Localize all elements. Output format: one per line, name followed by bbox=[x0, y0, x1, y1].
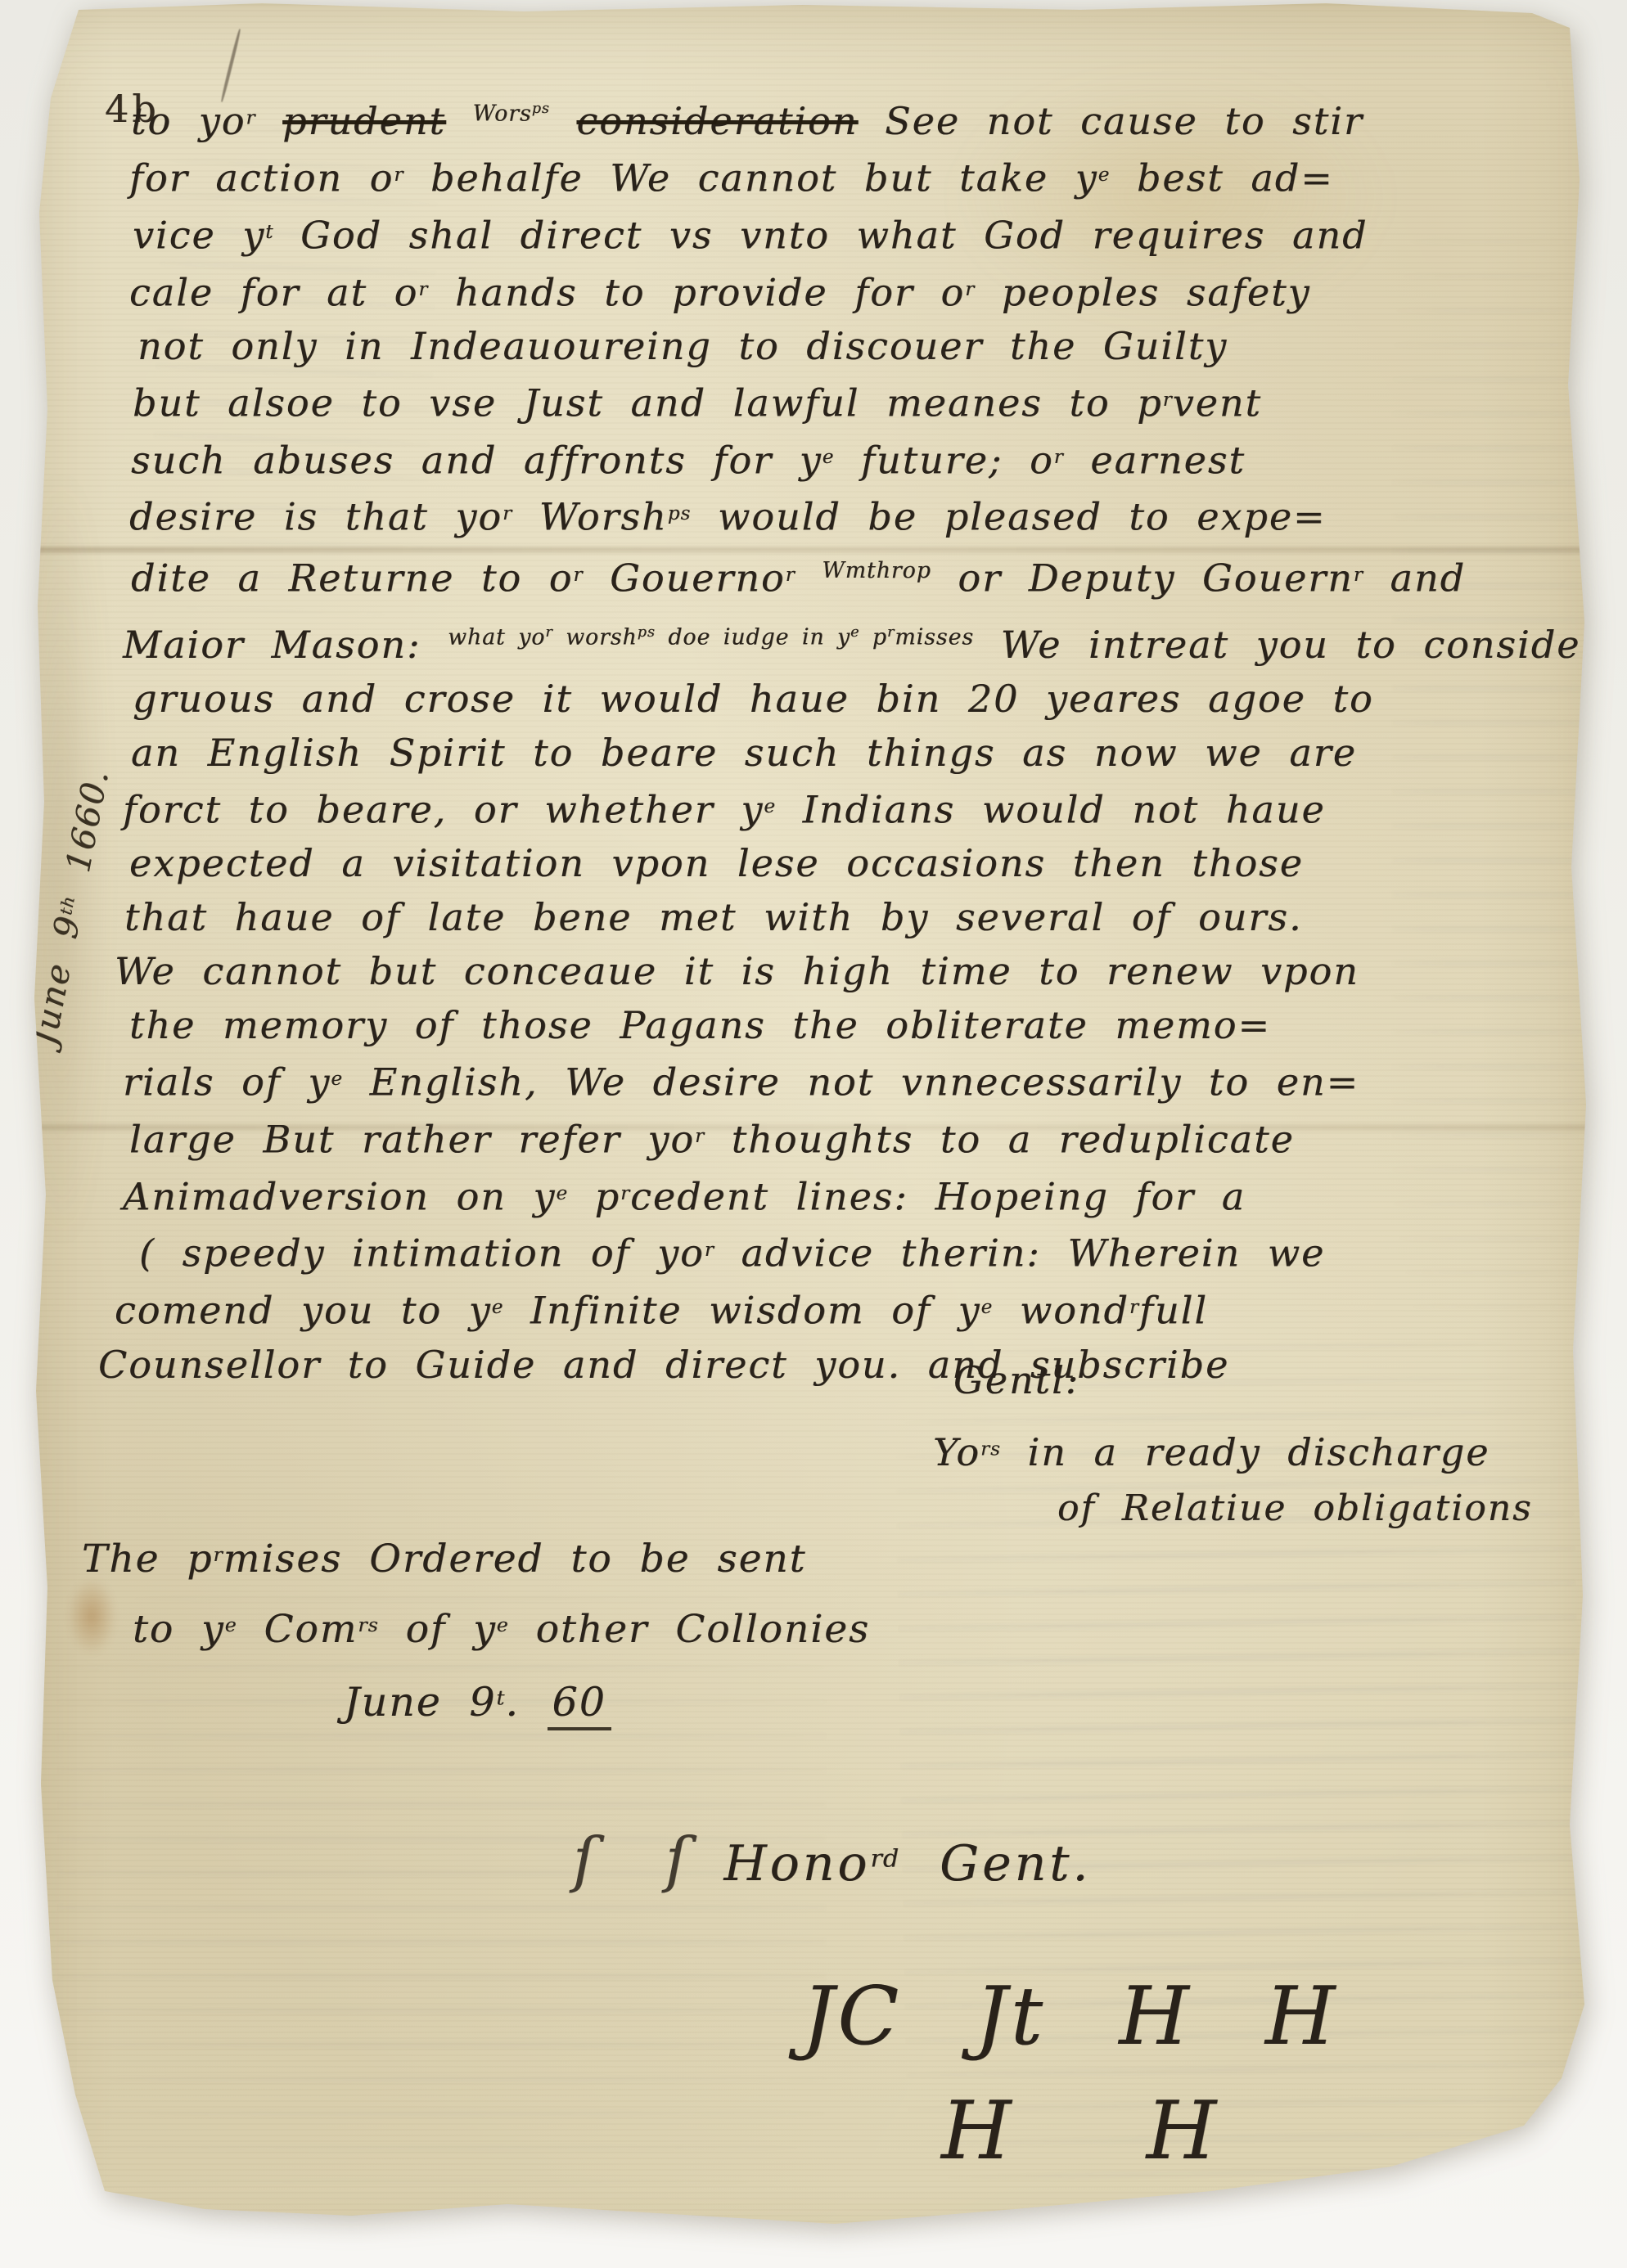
pen-flourish: ſ ſ bbox=[573, 1825, 702, 1895]
text-run: e bbox=[492, 1297, 504, 1318]
manuscript-line: rials of ye English, We desire not vnnec… bbox=[123, 1052, 1563, 1109]
scan-background: 4b June 9th 1660. to yor prudent Worsps … bbox=[0, 0, 1627, 2268]
manuscript-line: We cannot but conceaue it is high time t… bbox=[115, 944, 1563, 998]
manuscript-line: desire is that yor Worshps would be plea… bbox=[129, 487, 1563, 544]
text-run: t bbox=[497, 1686, 506, 1710]
manuscript-line: but alsoe to vse Just and lawful meanes … bbox=[133, 373, 1563, 430]
signature-initials-row: H H bbox=[941, 2085, 1218, 2178]
text-run: God shal direct vs vnto what God require… bbox=[274, 214, 1368, 258]
inserted-word: Wmthrop bbox=[822, 558, 931, 583]
text-run: t bbox=[265, 222, 273, 243]
text-run: advice therin: Wherein we bbox=[714, 1231, 1325, 1276]
inserted-word: misses bbox=[895, 624, 974, 650]
manuscript-line: Maior Mason: what yor worshps doe iudge … bbox=[123, 605, 1563, 672]
closing-line: Yors in a ready discharge bbox=[933, 1430, 1490, 1474]
text-run: e bbox=[331, 1069, 343, 1090]
closing-salutation: Gentl: bbox=[953, 1358, 1079, 1402]
text-run bbox=[446, 99, 473, 143]
text-run: r bbox=[1163, 389, 1173, 411]
text-run: th bbox=[56, 894, 79, 917]
text-run: r bbox=[695, 1126, 705, 1147]
text-run: to yo bbox=[131, 99, 246, 143]
text-run: e bbox=[764, 796, 776, 817]
text-run: and bbox=[1363, 556, 1466, 601]
text-run: Gouerno bbox=[583, 556, 785, 601]
text-run bbox=[550, 99, 577, 143]
text-run: Maior Mason: bbox=[123, 623, 448, 667]
inserted-word: e bbox=[850, 624, 859, 641]
manuscript-line: the memory of those Pagans the obliterat… bbox=[129, 998, 1563, 1052]
text-run: Worsh bbox=[512, 495, 668, 539]
paper-shadow-wrap: 4b June 9th 1660. to yor prudent Worsps … bbox=[0, 0, 1627, 2268]
text-run: e bbox=[1098, 164, 1111, 186]
text-run: Infinite wisdom of y bbox=[503, 1289, 980, 1333]
text-run: future; o bbox=[834, 438, 1053, 482]
text-run: English, We desire not vnnecessarily to … bbox=[343, 1060, 1359, 1105]
manuscript-line: gruous and crose it would haue bin 20 ye… bbox=[133, 672, 1563, 726]
text-run: e bbox=[823, 447, 835, 468]
manuscript-line: to yor prudent Worsps consideration See … bbox=[131, 82, 1563, 148]
inserted-word: p bbox=[859, 624, 887, 650]
text-run: the memory of those Pagans the obliterat… bbox=[129, 1003, 1271, 1047]
text-run: Gentl: bbox=[953, 1358, 1079, 1402]
text-run: We cannot but conceaue it is high time t… bbox=[115, 949, 1359, 993]
text-run: cale for at o bbox=[129, 270, 418, 314]
text-run: would be pleased to expe= bbox=[691, 495, 1326, 539]
postscript-line: to ye Comrs of ye other Collonies bbox=[133, 1607, 870, 1652]
postscript-line: The prmises Ordered to be sent bbox=[82, 1537, 807, 1582]
inserted-word: Wors bbox=[473, 101, 532, 127]
text-run: e bbox=[225, 1613, 237, 1636]
text-run: to y bbox=[133, 1607, 225, 1652]
text-run: full bbox=[1139, 1289, 1208, 1333]
manuscript-line: cale for at or hands to provide for or p… bbox=[129, 263, 1563, 320]
text-run: Indians would not haue bbox=[776, 787, 1326, 831]
text-run: best ad= bbox=[1110, 156, 1333, 200]
text-run: rials of y bbox=[123, 1060, 331, 1105]
text-run: June 9 bbox=[344, 1679, 497, 1726]
text-run: or Deputy Gouern bbox=[931, 556, 1354, 601]
text-run: The p bbox=[82, 1537, 213, 1582]
text-run: Gent. bbox=[899, 1835, 1091, 1892]
margin-date-note: June 9th 1660. bbox=[25, 766, 116, 1048]
text-run: r bbox=[965, 279, 975, 300]
text-run: thoughts to a reduplicate bbox=[705, 1118, 1295, 1162]
text-run: dite a Returne to o bbox=[131, 556, 573, 601]
closing-line: of Relatiue obligations bbox=[1057, 1487, 1533, 1529]
inserted-word: ps bbox=[638, 624, 656, 641]
text-run: r bbox=[786, 565, 795, 586]
signature-initials-row: JC Jt H H bbox=[802, 1970, 1338, 2063]
text-run: peoples safety bbox=[975, 270, 1310, 314]
text-run: r bbox=[213, 1543, 223, 1566]
manuscript-line: Animadversion on ye prcedent lines: Hope… bbox=[123, 1167, 1563, 1224]
text-run: rs bbox=[358, 1613, 378, 1636]
text-run: r bbox=[503, 503, 512, 524]
manuscript-line: comend you to ye Infinite wisdom of ye w… bbox=[115, 1280, 1563, 1338]
text-run: cedent lines: Hopeing for a bbox=[630, 1174, 1246, 1218]
text-run: e bbox=[497, 1613, 509, 1636]
manuscript-line: not only in Indeauoureing to discouer th… bbox=[137, 319, 1563, 373]
text-run: Animadversion on y bbox=[123, 1174, 556, 1218]
text-run: r bbox=[1054, 447, 1064, 468]
manuscript-line: that haue of late bene met with by sever… bbox=[124, 890, 1563, 944]
text-run: of y bbox=[379, 1607, 497, 1652]
manuscript-line: forct to beare, or whether ye Indians wo… bbox=[123, 780, 1563, 837]
text-run: . bbox=[505, 1679, 547, 1726]
text-run: 60 bbox=[548, 1679, 611, 1730]
text-run: forct to beare, or whether y bbox=[123, 787, 764, 831]
manuscript-line: ( speedy intimation of yor advice therin… bbox=[139, 1223, 1563, 1280]
manuscript-line: dite a Returne to or Gouernor Wmthrop or… bbox=[131, 544, 1563, 605]
text-run: We intreat you to consider how incon= bbox=[974, 623, 1627, 667]
text-run: large But rather refer yo bbox=[129, 1118, 695, 1162]
text-run: in a ready discharge bbox=[1001, 1430, 1490, 1474]
text-run: that haue of late bene met with by sever… bbox=[124, 895, 1303, 939]
manuscript-line: vice yt God shal direct vs vnto what God… bbox=[133, 205, 1563, 263]
inserted-word: what yo bbox=[448, 624, 545, 650]
manuscript-page: 4b June 9th 1660. to yor prudent Worsps … bbox=[0, 0, 1627, 2268]
inserted-word: r bbox=[887, 624, 895, 641]
text-run: r bbox=[394, 164, 403, 186]
struck-word: prudent bbox=[282, 99, 446, 143]
inserted-word: worsh bbox=[553, 624, 638, 650]
valediction: ſ ſHonord Gent. bbox=[573, 1825, 1091, 1895]
text-run: gruous and crose it would haue bin 20 ye… bbox=[133, 677, 1374, 721]
text-run: of Relatiue obligations bbox=[1057, 1487, 1533, 1529]
text-run: r bbox=[573, 565, 583, 586]
postscript-date-line: June 9t. 60 bbox=[344, 1679, 611, 1726]
text-run: for action o bbox=[129, 156, 394, 200]
text-run: Hono bbox=[723, 1835, 870, 1892]
text-run: Com bbox=[237, 1607, 358, 1652]
manuscript-line: an English Spirit to beare such things a… bbox=[131, 726, 1563, 780]
text-run bbox=[255, 99, 282, 143]
manuscript-line: Counsellor to Guide and direct you. and … bbox=[98, 1338, 1563, 1392]
text-run: r bbox=[1354, 565, 1363, 586]
text-run: Yo bbox=[933, 1430, 980, 1474]
text-run: r bbox=[1129, 1297, 1139, 1318]
text-run: p bbox=[568, 1174, 620, 1218]
text-run: vent bbox=[1173, 381, 1262, 425]
text-run bbox=[795, 556, 823, 601]
inserted-word: doe iudge in y bbox=[656, 624, 850, 650]
text-run: e bbox=[981, 1297, 994, 1318]
text-run: wond bbox=[993, 1289, 1129, 1333]
text-run: an English Spirit to beare such things a… bbox=[131, 731, 1357, 775]
manuscript-line: for action or behalfe We cannot but take… bbox=[129, 148, 1563, 205]
text-run: e bbox=[556, 1183, 568, 1204]
text-run: See not cause to stir bbox=[858, 99, 1363, 143]
manuscript-line: expected a visitation vpon lese occasion… bbox=[129, 836, 1563, 890]
manuscript-line: such abuses and affronts for ye future; … bbox=[131, 430, 1563, 488]
text-run: r bbox=[418, 279, 428, 300]
manuscript-line: large But rather refer yor thoughts to a… bbox=[129, 1109, 1563, 1167]
struck-word: consideration bbox=[576, 99, 858, 143]
text-run: vice y bbox=[133, 214, 265, 258]
text-run: r bbox=[705, 1240, 714, 1261]
inserted-word: ps bbox=[532, 101, 550, 117]
text-run: comend you to y bbox=[115, 1289, 492, 1333]
text-run: hands to provide for o bbox=[428, 270, 965, 314]
text-run: not only in Indeauoureing to discouer th… bbox=[137, 324, 1228, 368]
valediction-text: Honord Gent. bbox=[723, 1835, 1091, 1892]
text-run: mises Ordered to be sent bbox=[223, 1537, 807, 1582]
text-run: earnest bbox=[1064, 438, 1246, 482]
text-run: ps bbox=[668, 503, 692, 524]
text-run: other Collonies bbox=[509, 1607, 870, 1652]
text-run: desire is that yo bbox=[129, 495, 503, 539]
text-run: expected a visitation vpon lese occasion… bbox=[129, 841, 1304, 885]
text-run: ( speedy intimation of yo bbox=[139, 1231, 705, 1276]
text-run: behalfe We cannot but take y bbox=[403, 156, 1097, 200]
letter-body: to yor prudent Worsps consideration See … bbox=[123, 82, 1563, 1392]
text-run: rd bbox=[871, 1845, 900, 1874]
inserted-word: r bbox=[545, 624, 552, 641]
text-run: rs bbox=[980, 1438, 1001, 1460]
text-run: r bbox=[620, 1183, 630, 1204]
text-run: but alsoe to vse Just and lawful meanes … bbox=[133, 381, 1163, 425]
text-run: such abuses and affronts for y bbox=[131, 438, 823, 482]
text-run: r bbox=[246, 108, 255, 129]
